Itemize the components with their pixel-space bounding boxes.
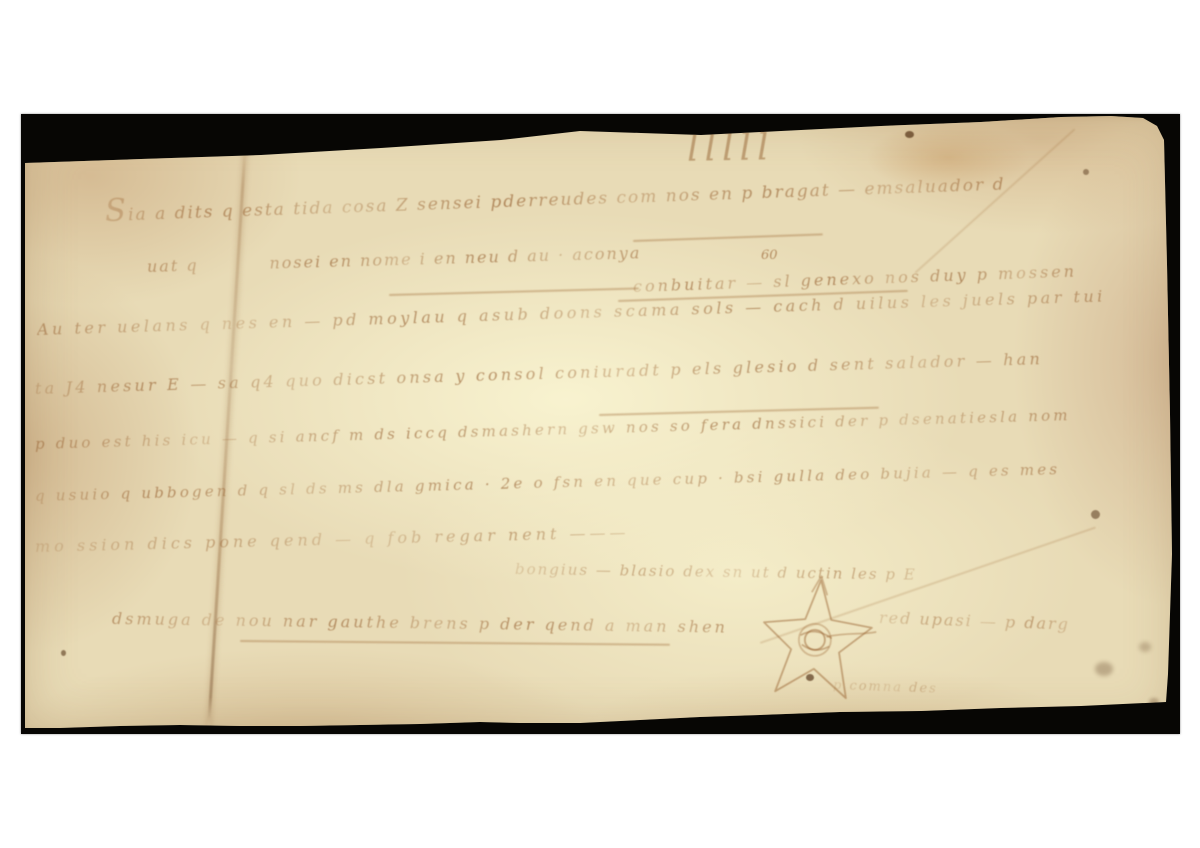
manuscript-line: p duo est his icu — q si ancf m ds iccq … xyxy=(35,406,1071,453)
ink-stain xyxy=(61,650,66,656)
flourish-underline xyxy=(389,287,639,296)
manuscript-line: Au ter uelans q nes en — pd moylau q asu… xyxy=(37,286,1106,339)
photo-backdrop: lllll Sia a dits q esta tida cosa Z sens… xyxy=(21,114,1180,734)
ink-stain xyxy=(1091,510,1100,519)
parchment-document: lllll Sia a dits q esta tida cosa Z sens… xyxy=(21,114,1180,734)
smudge-stain xyxy=(1095,662,1113,676)
manuscript-line: ta J4 nesur E — sa q4 quo dicst onsa y c… xyxy=(35,349,1043,398)
manuscript-line: dsmuga de nou nar gauthe brens p der qen… xyxy=(112,609,728,637)
tally-marks: lllll xyxy=(687,127,775,170)
scanned-page: lllll Sia a dits q esta tida cosa Z sens… xyxy=(0,0,1200,848)
flourish-underline xyxy=(240,640,670,646)
manuscript-line: mo ssion dics pone qend — q fob regar ne… xyxy=(35,522,630,556)
smudge-stain xyxy=(1139,642,1151,652)
flourish-underline xyxy=(633,233,823,242)
ink-stain xyxy=(905,131,914,138)
manuscript-line: Sia a dits q esta tida cosa Z sensei pde… xyxy=(104,163,1006,229)
smudge-stain xyxy=(1149,698,1159,706)
notarial-signum-star xyxy=(753,570,882,706)
manuscript-line: red upasi — p darg xyxy=(879,608,1071,634)
manuscript-line: q usuio q ubbogen d q sl ds ms dla gmica… xyxy=(35,460,1061,505)
crease-line xyxy=(914,128,1075,273)
manuscript-line: uat q nosei en nome i en neu d au · acon… xyxy=(147,243,642,276)
ink-stain xyxy=(806,674,814,681)
ink-stain xyxy=(1083,169,1089,175)
numeral-60: 60 xyxy=(761,248,778,263)
